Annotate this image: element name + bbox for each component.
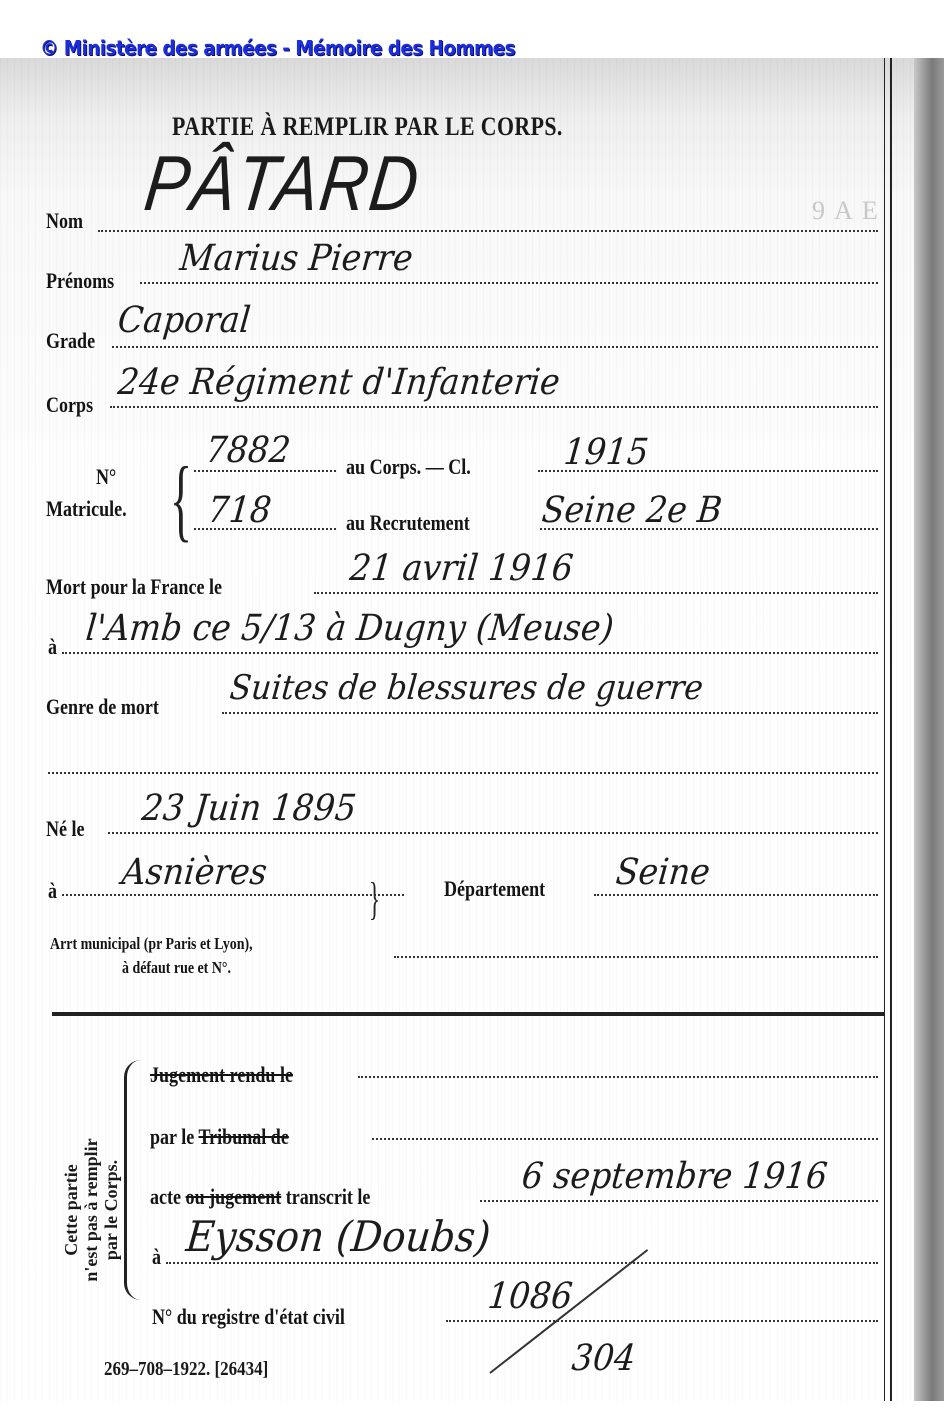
- side-note-line3: par le Corps.: [101, 1138, 121, 1281]
- ne-lieu-value: Asnières: [120, 852, 269, 893]
- card-edge-shadow: [914, 58, 944, 1401]
- nom-value: PÂTARD: [140, 138, 425, 229]
- transcrit-line: [480, 1200, 878, 1202]
- matricule-recrutement-number: 718: [206, 490, 273, 531]
- copyright-watermark: © Ministère des armées - Mémoire des Hom…: [40, 36, 515, 60]
- ne-lieu-line: [62, 894, 404, 896]
- prenoms-label: Prénoms: [46, 268, 114, 294]
- registre-value: 1086: [486, 1276, 574, 1317]
- recrutement-value: Seine 2e B: [540, 490, 724, 531]
- grade-label: Grade: [46, 328, 95, 354]
- transcrit-lieu-value: Eysson (Doubs): [184, 1212, 493, 1261]
- jugement-line: [358, 1076, 878, 1078]
- mort-lieu-value: l'Amb ce 5/13 à Dugny (Meuse): [84, 608, 616, 649]
- side-note-line2: n'est pas à remplir: [81, 1138, 101, 1281]
- ne-le-line: [108, 832, 878, 834]
- right-border-line-double: [890, 58, 892, 1401]
- registre-value-sub: 304: [570, 1338, 637, 1379]
- mort-lieu-line: [62, 652, 878, 654]
- transcrit-lieu-line: [166, 1262, 878, 1264]
- lower-section-brace: [124, 1060, 141, 1300]
- prenoms-value: Marius Pierre: [178, 238, 415, 279]
- matricule-label: Matricule.: [46, 496, 127, 522]
- registre-line: [446, 1320, 878, 1322]
- grade-value: Caporal: [116, 300, 252, 341]
- departement-value: Seine: [614, 852, 712, 893]
- nom-line: [98, 230, 878, 232]
- classe-value: 1915: [562, 432, 650, 473]
- faint-stamp: 9 A E: [812, 196, 880, 226]
- mort-le-label: Mort pour la France le: [46, 574, 222, 600]
- corps-label: Corps: [46, 392, 93, 418]
- genre-de-mort-value: Suites de blessures de guerre: [228, 668, 705, 708]
- transcrit-label: acte ou jugement transcrit le: [150, 1184, 370, 1210]
- tribunal-label-plain: par le: [150, 1124, 198, 1149]
- transcrit-lieu-label: à: [152, 1244, 161, 1270]
- tribunal-label: par le Tribunal de: [150, 1124, 289, 1150]
- arrondissement-brace: {: [369, 877, 380, 930]
- nom-label: Nom: [46, 208, 83, 234]
- arrondissement-label-line2: à défaut rue et N°.: [122, 958, 231, 978]
- extra-blank-line: [48, 772, 878, 774]
- jugement-label: Jugement rendu le: [150, 1062, 293, 1088]
- transcrit-label-b: transcrit le: [281, 1184, 370, 1209]
- matricule-label-no: N°: [96, 464, 116, 490]
- right-border-line: [884, 58, 885, 1401]
- matricule-brace: {: [170, 446, 192, 552]
- ne-lieu-label: à: [48, 878, 57, 904]
- matricule-corps-number: 7882: [204, 430, 292, 471]
- mort-le-value: 21 avril 1916: [348, 548, 575, 589]
- arrondissement-label-line1: Arrt municipal (pr Paris et Lyon),: [50, 934, 253, 954]
- corps-value: 24e Régiment d'Infanterie: [116, 362, 562, 403]
- departement-line: [594, 894, 878, 896]
- transcrit-label-struck: ou jugement: [186, 1184, 282, 1209]
- section-divider: [52, 1012, 884, 1016]
- corps-line: [110, 406, 878, 408]
- grade-line: [112, 346, 878, 348]
- ne-le-label: Né le: [46, 816, 85, 842]
- arrondissement-line: [394, 956, 878, 958]
- mort-lieu-label: à: [48, 634, 57, 660]
- departement-label: Département: [444, 876, 545, 902]
- prenoms-line: [140, 282, 878, 284]
- au-corps-label: au Corps. — Cl.: [346, 454, 471, 480]
- registre-label: N° du registre d'état civil: [152, 1304, 345, 1330]
- side-note-line1: Cette partie: [61, 1138, 81, 1281]
- tribunal-label-struck: Tribunal de: [198, 1124, 288, 1149]
- transcrit-value: 6 septembre 1916: [520, 1156, 829, 1197]
- au-recrutement-label: au Recrutement: [346, 510, 470, 536]
- tribunal-line: [372, 1138, 878, 1140]
- transcrit-label-a: acte: [150, 1184, 186, 1209]
- mort-le-line: [314, 592, 878, 594]
- ne-le-value: 23 Juin 1895: [140, 788, 358, 829]
- genre-de-mort-line: [222, 712, 878, 714]
- genre-de-mort-label: Genre de mort: [46, 694, 159, 720]
- form-print-code: 269–708–1922. [26434]: [104, 1358, 268, 1381]
